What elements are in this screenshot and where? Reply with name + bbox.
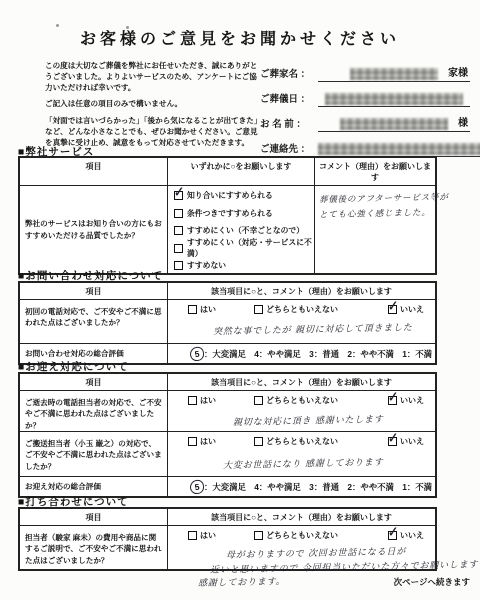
choice-no: いいえ [388,395,424,406]
question-cell: 担当者（駿家 麻未）の費用や商品に関するご説明で、ご不安やご不満に思われた点はご… [20,526,168,569]
choice-label: いいえ [400,436,424,447]
field-suffix: 家様 [448,64,468,79]
table-header-row: 項目 いずれかに○をお願いします コメント（理由）をお願いします [20,158,435,185]
choice-no: いいえ [388,436,424,447]
option-label: すすめにくい（不幸ごとなので） [187,225,304,236]
choice-label: どちらともいえない [266,436,338,447]
checkbox-not-recommend [174,261,183,270]
service-table: 項目 いずれかに○をお願いします コメント（理由）をお願いします 弊社のサービス… [18,156,437,275]
choice-row: はい どちらともいえない いいえ [168,391,435,406]
rating-scale-cell: 5 ：大変満足 4：やや満足 3：普通 2：やや不満 1：不満 [168,477,435,496]
handwritten-comment: 大変お世話になり 感謝しております [223,454,435,471]
option-recommend: 知り合いにすすめられる [168,187,314,205]
answer-cell: はい どちらともいえない いいえ 親切な対応に頂き 感謝いたします [168,391,435,431]
col-header-item: 項目 [20,283,168,299]
choice-label: どちらともいえない [266,530,338,541]
options-cell: 知り合いにすすめられる 条件つきですすめられる すすめにくい（不幸ごとなので） … [168,186,315,273]
checkbox-neutral [254,305,263,314]
checkbox-yes [188,305,197,314]
checkbox-no [388,396,397,405]
table-row: ご搬送担当者（小玉 巌之）の対応で、ご不安やご不満に思われた点はございましたか？… [20,431,435,476]
choice-neutral: どちらともいえない [254,395,338,406]
choice-yes: はい [188,395,216,406]
option-label: すすめない [187,260,226,271]
choice-row: はい どちらともいえない いいえ [168,300,435,315]
handwritten-comment: 感謝しております。 [198,574,286,589]
rating-row: お迎え対応の総合評価 5 ：大変満足 4：やや満足 3：普通 2：やや不満 1：… [20,476,435,496]
pickup-table: 項目 該当項目に○と、コメント（理由）をお願いします ご逝去時の電話担当者の対応… [18,372,437,498]
choice-label: はい [200,530,216,541]
checkbox-yes [188,396,197,405]
checkbox-no [388,437,397,446]
col-header-item: 項目 [20,158,168,185]
question-cell: ご逝去時の電話担当者の対応で、ご不安やご不満に思われた点はございましたか？ [20,391,168,431]
intro-paragraph-2: ご記入は任意の項目のみで構いません。 [45,99,259,110]
table-row: 初回の電話対応で、ご不安やご不満に思われた点はございましたか？ はい どちらとも… [20,299,435,343]
page-title: お客様のご意見をお聞かせください [0,26,480,49]
redacted-funeral-date [325,93,463,105]
table-header-row: 項目 該当項目に○と、コメント（理由）をお願いします [20,374,435,390]
answer-cell: はい どちらともいえない いいえ 大変お世話になり 感謝しております [168,432,435,476]
header-fields: ご葬家名 ： 家様 ご葬儀日 ： お 名 前 ： 様 ご連絡先 ： [260,64,470,164]
field-value-line [318,139,480,157]
checkbox-neutral [254,396,263,405]
field-value-line [318,89,470,107]
circled-rating: 5 [189,479,205,495]
table-row: 弊社のサービスはお知り合いの方にもおすすめいただける品質でしたか？ 知り合いにす… [20,185,435,273]
choice-label: いいえ [400,530,424,541]
checkbox-no [388,305,397,314]
checkbox-recommend [174,191,183,200]
rating-scale-text: ：大変満足 4：やや満足 3：普通 2：やや不満 1：不満 [204,481,432,493]
option-label: すすめにくい（対応・サービスに不満） [187,237,314,259]
field-label: ご葬儀日 ： [260,91,318,107]
checkbox-neutral [254,531,263,540]
choice-label: どちらともいえない [266,395,338,406]
choice-no: いいえ [388,530,424,541]
col-header-detail: 該当項目に○と、コメント（理由）をお願いします [168,509,435,525]
col-header-choice: いずれかに○をお願いします [168,158,315,185]
table-row: ご逝去時の電話担当者の対応で、ご不安やご不満に思われた点はございましたか？ はい… [20,390,435,431]
inquiry-table: 項目 該当項目に○と、コメント（理由）をお願いします 初回の電話対応で、ご不安や… [18,281,437,365]
field-label: ご葬家名 ： [260,66,318,82]
col-header-item: 項目 [20,374,168,390]
checkbox-conditional [174,209,183,218]
table-header-row: 項目 該当項目に○と、コメント（理由）をお願いします [20,283,435,299]
choice-label: はい [200,436,216,447]
choice-yes: はい [188,530,216,541]
rating-scale-cell: 5 ：大変満足 4：やや満足 3：普通 2：やや不満 1：不満 [168,344,435,363]
choice-yes: はい [188,304,216,315]
option-not-recommend: すすめない [168,257,314,275]
field-value-line: 様 [318,114,470,132]
choice-row: はい どちらともいえない いいえ [168,526,435,541]
checkbox-hard-dissatisfied [174,244,183,253]
checkbox-yes [188,531,197,540]
handwritten-comment: 突然な事でしたが 親切に対応して頂きました [213,320,435,338]
scanned-survey-page: お客様のご意見をお聞かせください この度は大切なご葬儀を弊社にお任せいただき、誠… [0,0,480,600]
col-header-detail: 該当項目に○と、コメント（理由）をお願いします [168,283,435,299]
choice-label: いいえ [400,395,424,406]
handwritten-comment: とても心強く感じました。 [319,206,449,221]
option-label: 知り合いにすすめられる [187,190,273,201]
field-funeral-date: ご葬儀日 ： [260,89,470,107]
field-suffix: 様 [458,114,468,129]
choice-label: いいえ [400,304,424,315]
choice-no: いいえ [388,304,424,315]
question-cell: 初回の電話対応で、ご不安やご不満に思われた点はございましたか？ [20,300,168,343]
choice-label: どちらともいえない [266,304,338,315]
option-conditional: 条件つきですすめられる [168,205,314,223]
choice-label: はい [200,395,216,406]
field-value-line: 家様 [318,64,470,82]
choice-neutral: どちらともいえない [254,530,338,541]
intro-text: この度は大切なご葬儀を弊社にお任せいただき、誠にありがとうございました。よりよい… [45,61,259,154]
redacted-name [340,118,448,130]
question-cell: 弊社のサービスはお知り合いの方にもおすすめいただける品質でしたか？ [20,186,168,273]
col-header-detail: 該当項目に○と、コメント（理由）をお願いします [168,374,435,390]
choice-neutral: どちらともいえない [254,304,338,315]
redacted-family-name [350,68,438,80]
checkbox-yes [188,437,197,446]
field-contact: ご連絡先 ： [260,139,470,157]
col-header-item: 項目 [20,509,168,525]
question-cell: ご搬送担当者（小玉 巌之）の対応で、ご不安やご不満に思われた点はございましたか？ [20,432,168,476]
handwritten-comment: 葬儀後のアフターサービス等が [319,191,449,206]
field-label: ご連絡先 ： [260,141,318,157]
comment-cell: 葬儀後のアフターサービス等が とても心強く感じました。 [315,186,453,273]
rating-scale-text: ：大変満足 4：やや満足 3：普通 2：やや不満 1：不満 [204,348,432,360]
field-family-name: ご葬家名 ： 家様 [260,64,470,82]
choice-yes: はい [188,436,216,447]
redacted-contact [318,143,480,155]
circled-rating: 5 [189,346,205,362]
col-header-comment: コメント（理由）をお願いします [315,158,435,185]
field-label: お 名 前 ： [260,116,318,132]
option-label: 条件つきですすめられる [187,208,273,219]
answer-cell: はい どちらともいえない いいえ 突然な事でしたが 親切に対応して頂きました [168,300,435,343]
handwritten-comment: 親切な対応に頂き 感謝いたします [233,411,435,428]
checkbox-hard-misfortune [174,226,183,235]
choice-neutral: どちらともいえない [254,436,338,447]
table-header-row: 項目 該当項目に○と、コメント（理由）をお願いします [20,509,435,525]
intro-paragraph-1: この度は大切なご葬儀を弊社にお任せいただき、誠にありがとうございました。よりよい… [45,61,259,93]
field-name: お 名 前 ： 様 [260,114,470,132]
continue-next-page-note: 次ページへ続きます [394,576,470,588]
choice-label: はい [200,304,216,315]
checkbox-neutral [254,437,263,446]
choice-row: はい どちらともいえない いいえ [168,432,435,447]
checkbox-no [388,531,397,540]
option-hard-dissatisfied: すすめにくい（対応・サービスに不満） [168,240,314,258]
